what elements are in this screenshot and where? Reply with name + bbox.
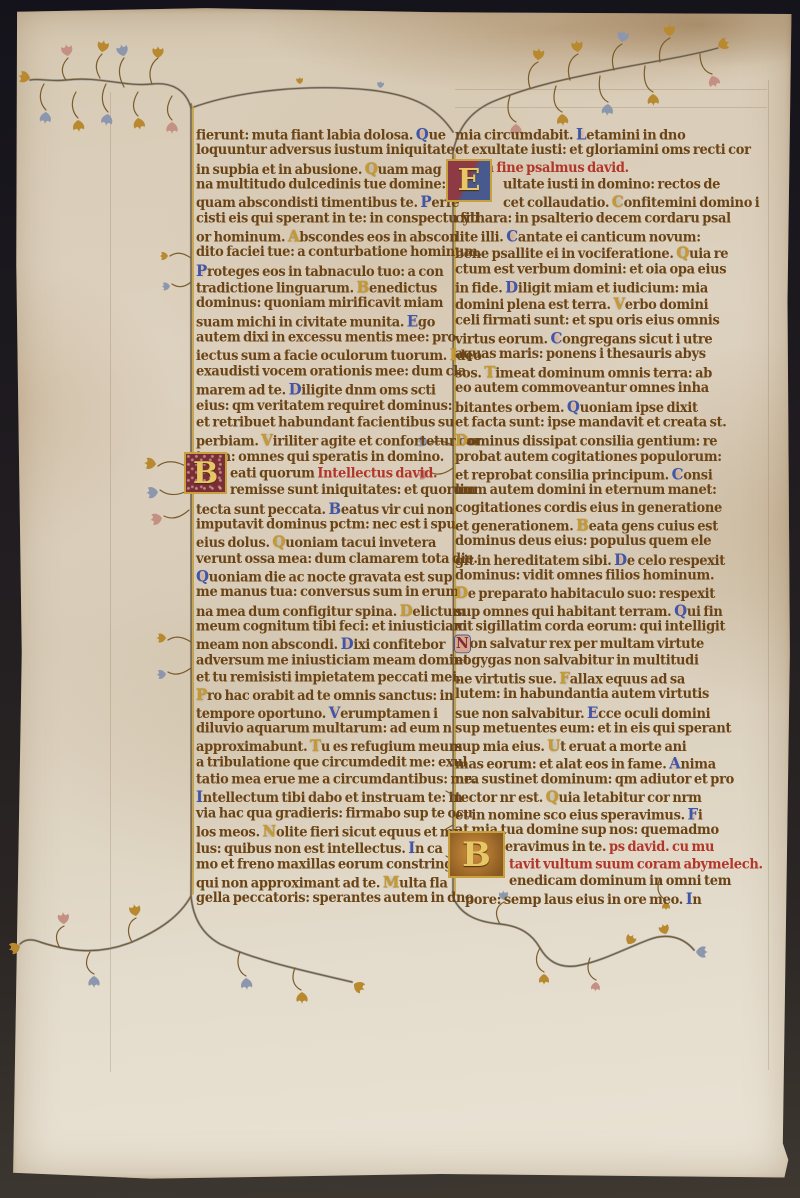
text-line: gella peccatoris: sperantes autem in dno [196,891,436,908]
body-text: olite fieri sicut equus et mu [276,825,463,841]
body-text: perbiam. [196,434,261,450]
body-text: nra sustinet dominum: qm adiutor et pro [455,772,734,788]
text-line: sup mia eius. Ut eruat a morte ani [455,738,695,755]
body-text: adversum me iniusticiam meam domino: [196,653,476,669]
text-line: pore: semp laus eius in ore meo. In [455,891,695,908]
body-text: exaudisti vocem orationis mee: dum cla [196,364,466,380]
text-line: lutem: in habundantia autem virtutis [455,687,695,704]
ruling-line-top-1 [455,89,767,90]
text-line: et generationem. Beata gens cuius est [455,517,695,534]
body-text: probat autem cogitationes populorum: [455,449,722,465]
text-line: eius dolus. Quoniam tacui invetera [196,534,436,551]
illuminated-initial-exultate: E [446,159,492,202]
text-line: bene psallite ei in vociferatione. Quia … [455,245,695,262]
body-text: ongregans sicut i utre [562,332,712,348]
text-line: iectus sum a facie oculorum tuorum. Ideo [196,347,436,364]
body-text: uoniam tacui invetera [285,536,436,552]
text-line: qui non approximant ad te. Multa fla [196,874,436,891]
text-line: fierunt: muta fiant labia dolosa. Que [196,126,436,143]
text-column-left: fierunt: muta fiant labia dolosa. Queloq… [196,126,436,908]
body-text: dominus deus eius: populus quem ele [455,534,711,550]
text-line: na multitudo dulcedinis tue domine: [196,177,436,194]
body-text: etamini in dno [586,128,685,144]
text-line: sue non salvabitur. Ecce oculi domini [455,704,695,721]
photo-background: fierunt: muta fiant labia dolosa. Queloq… [0,0,800,1198]
initial-blue: Q [567,397,580,416]
text-line: lus: quibus non est intellectus. In ca [196,840,436,857]
body-text: marem ad te. [196,383,289,399]
body-text: mia circumdabit. [455,128,576,144]
text-line: adversum me iniusticiam meam domino: [196,653,436,670]
initial-gold: C [612,193,624,212]
illuminated-initial-benedicam: B [448,831,505,878]
body-text: tatio mea erue me a circumdantibus: me. [196,772,476,788]
body-text: cogitationes cordis eius in generatione [455,500,722,516]
text-line: bitantes orbem. Quoniam ipse dixit [455,398,695,415]
body-text: ulta fla [399,876,447,892]
initial-gold: V [613,295,624,314]
text-line: lite illi. Cantate ei canticum novum: [455,228,695,245]
body-text: ue [429,128,446,144]
body-text: suam michi in civitate munita. [196,315,407,331]
text-line: cisti eis qui sperant in te: in conspect… [196,211,436,228]
text-line: Intellectum tibi dabo et instruam te: in [196,789,436,806]
body-text: lium autem domini in eternum manet: [455,483,717,499]
text-line: los meos. Nolite fieri sicut equus et mu [196,823,436,840]
initial-blue: D [341,635,354,654]
initial-blue: V [329,703,340,722]
body-text: et gygas non salvabitur in multitudi [455,653,699,669]
body-text: verunt ossa mea: dum clamarem tota die. [196,551,478,567]
initial-blue: A [669,754,680,773]
text-line: suam michi in civitate munita. Ego [196,313,436,330]
body-text: uam mag [378,162,442,178]
body-text: na mea dum configitur spina. [196,604,400,620]
body-text: mas eorum: et alat eos in fame. [455,757,669,773]
body-text: et generationem. [455,519,576,535]
initial-letter: E [458,163,481,198]
text-line: mas eorum: et alat eos in fame. Anima [455,755,695,772]
body-text: cythara: in psalterio decem cordaru psal [455,211,731,227]
text-line: Pro hac orabit ad te omnis sanctus: in [196,687,436,704]
initial-blue: P [196,261,207,280]
initial-blue: D [505,278,518,297]
body-text: uoniam die ac nocte gravata est sup [209,570,453,586]
body-text: virtus eorum. [455,332,551,348]
body-text: dito faciei tue: a conturbatione hominum… [196,245,482,261]
body-text: na multitudo dulcedinis tue domine: [196,177,446,193]
initial-face: N [455,636,470,653]
text-line: Proteges eos in tabnaculo tuo: a con [196,262,436,279]
body-text: remisse sunt iniquitates: et quorum [230,483,476,499]
body-text: sup omnes qui habitant terram. [455,604,674,620]
initial-blue: C [672,465,684,484]
body-text: cet collaudatio. [503,196,612,212]
body-text: onsi [683,468,712,484]
body-text: et facta sunt: ipse mandavit et creata s… [455,415,727,431]
initial-blue: C [551,329,563,348]
body-text: cisti eis qui sperant in te: in conspect… [196,211,479,227]
text-line: na mea dum configitur spina. Delictum [196,602,436,619]
text-line: exaudisti vocem orationis mee: dum cla [196,364,436,381]
body-text: approximabunt. [196,740,310,756]
text-line: eo autem commoveantur omnes inha [455,381,695,398]
body-text: sos. [455,366,484,382]
body-text: via hac qua gradieris: firmabo sup te oc… [196,806,473,822]
text-line: tradictione linguarum. Benedictus [196,279,436,296]
text-line: in supbia et in abusione. Quam mag [196,160,436,177]
text-line: ne virtutis sue. Fallax equus ad sa [455,670,695,687]
initial-gold: D [455,431,468,450]
body-text: celi firmati sunt: et spu oris eius omni… [455,313,720,329]
initial-gold: Q [676,244,689,263]
text-line: dominus deus eius: populus quem ele [455,534,695,551]
body-text: eati quorum [230,466,317,482]
text-line: dominus: quoniam mirificavit miam [196,296,436,313]
text-line: tector nr est. Quia letabitur cor nrm [455,789,695,806]
initial-gold: N [263,822,276,841]
initial-gold: D [400,601,413,620]
body-text: enedictus [369,281,437,297]
initial-blue: Q [416,125,429,144]
initial-letter: B [462,835,491,875]
text-line: meum cognitum tibi feci: et iniusticiam [196,619,436,636]
body-text: gella peccatoris: sperantes autem in dno [196,891,474,907]
text-line: git in hereditatem sibi. De celo respexi… [455,551,695,568]
body-text: eatus vir cui non [341,502,454,518]
text-line: eius: qm veritatem requiret dominus: [196,398,436,415]
text-line: Dominus dissipat consilia gentium: re [455,432,695,449]
body-text: tempore oportuno. [196,706,329,722]
body-text: fierunt: muta fiant labia dolosa. [196,128,416,144]
body-text: quam abscondisti timentibus te. [196,196,420,212]
initial-blue: I [408,839,415,858]
body-text: et exultate iusti: et gloriamini oms rec… [455,143,751,159]
body-text: bscondes eos in abscon [299,230,458,246]
initial-gold: D [455,584,468,603]
initial-gold: P [196,686,207,705]
text-line: ctum est verbum domini: et oia opa eius [455,262,695,279]
body-text: lus: quibus non est intellectus. [196,842,408,858]
text-line: remisse sunt iniquitates: et quorum [196,483,436,500]
body-text: a tribulatione que circumdedit me: exul [196,755,467,771]
body-text: ultate iusti in domino: rectos de [503,177,720,193]
rubric-text: tavit vultum suum coram abymelech. [509,857,763,873]
text-line: loquuntur adversus iustum iniquitate [196,143,436,160]
text-line: meam non abscondi. Dixi confitebor [196,636,436,653]
initial-blue: D [614,550,627,569]
body-text: tecta sunt peccata. [196,502,329,518]
text-line: sup omnes qui habitant terram. Qui fin [455,602,695,619]
body-text: tector nr est. [455,791,546,807]
text-line: in fide. Diligit miam et iudicium: mia [455,279,695,296]
text-line: et exultate iusti: et gloriamini oms rec… [455,143,695,160]
body-text: imeat dominum omnis terra: ab [495,366,712,382]
text-line: quam abscondisti timentibus te. Perfe [196,194,436,211]
rubric-text: In fine psalmus david. [479,160,629,176]
initial-gold: A [288,227,299,246]
initial-gold: T [310,737,321,756]
initial-gold: B [357,278,369,297]
text-line: lium autem domini in eternum manet: [455,483,695,500]
text-line: eati quorum Intellectus david. [196,466,436,483]
text-line: marem ad te. Diligite dnm oms scti [196,381,436,398]
body-text: ominus dissipat consilia gentium: re [468,434,718,450]
body-text: e preparato habitaculo suo: respexit [468,587,715,603]
body-text: cce oculi domini [598,706,710,722]
initial-blue: L [576,125,586,144]
body-text: dominus: quoniam mirificavit miam [196,296,443,312]
body-text: uoniam ipse dixit [580,400,698,416]
text-line: me manus tua: conversus sum in erum [196,585,436,602]
text-line: nra sustinet dominum: qm adiutor et pro [455,772,695,789]
ruling-line-top-2 [455,107,767,108]
text-line: perbiam. Viriliter agite et confortetur … [196,432,436,449]
body-text: dominus: vidit omnes filios hominum. [455,568,714,584]
initial-blue: E [587,703,598,722]
text-line: diluvio aquarum multarum: ad eum n [196,721,436,738]
text-line: sup metuentes eum: et in eis qui sperant [455,721,695,738]
body-text: sup metuentes eum: et in eis qui sperant [455,721,731,737]
body-text: erumptamen i [340,706,438,722]
body-text: trum: omnes qui speratis in domino. [196,449,444,465]
initial-gold: V [261,431,272,450]
body-text: lutem: in habundantia autem virtutis [455,687,709,703]
text-line: or hominum. Abscondes eos in abscon [196,228,436,245]
text-line: et tu remisisti impietatem peccati mei. [196,670,436,687]
ruling-line-right-margin [768,80,769,1070]
text-line: et reprobat consilia principum. Consi [455,466,695,483]
initial-blue: P [420,193,431,212]
text-line: mo et freno maxillas eorum constringe: [196,857,436,874]
body-text: aquas maris: ponens i thesauris abys [455,347,706,363]
body-text: iriliter agite et confortetur cor [273,434,481,450]
body-text: ctum est verbum domini: et oia opa eius [455,262,726,278]
text-line: probat autem cogitationes populorum: [455,449,695,466]
initial-gold: B [576,516,588,535]
body-text: eata gens cuius est [589,519,718,535]
body-text: allax equus ad sa [570,672,685,688]
text-line: dito faciei tue: a conturbatione hominum… [196,245,436,262]
text-line: De preparato habitaculo suo: respexit [455,585,695,602]
text-line: approximabunt. Tu es refugium meum [196,738,436,755]
body-text: erbo domini [625,298,708,314]
text-line: virtus eorum. Congregans sicut i utre [455,330,695,347]
initial-letter: B [193,456,218,491]
body-text: enedicam dominum in omni tem [509,874,731,890]
body-text: ne virtutis sue. [455,672,559,688]
body-text: bene psallite ei in vociferatione. [455,247,676,263]
text-line: xit sigillatim corda eorum: qui intellig… [455,619,695,636]
text-line: Non salvatur rex per multam virtute [455,636,695,653]
body-text: autem dixi in excessu mentis mee: pro [196,330,456,346]
text-line: via hac qua gradieris: firmabo sup te oc… [196,806,436,823]
body-text: onfitemini domino i [624,196,760,212]
text-line: mia circumdabit. Letamini in dno [455,126,695,143]
text-line: trum: omnes qui speratis in domino. [196,449,436,466]
initial-gold: Q [365,159,378,178]
rubric-text: Intellectus david. [317,466,437,482]
body-text: et tu remisisti impietatem peccati mei. [196,670,461,686]
body-text: diluvio aquarum multarum: ad eum n [196,721,452,737]
text-line: tecta sunt peccata. Beatus vir cui non [196,500,436,517]
initial-blue: I [196,788,203,807]
body-text: in fide. [455,281,505,297]
body-text: on salvatur rex per multam virtute [470,637,705,653]
body-text: mo et freno maxillas eorum constringe: [196,857,466,873]
body-text: iectus sum a facie oculorum tuorum. [196,349,450,365]
body-text: e celo respexit [627,553,725,569]
text-line: dominus: vidit omnes filios hominum. [455,568,695,585]
initial-blue: Q [196,567,209,586]
body-text: qui non approximant ad te. [196,876,383,892]
body-text: me manus tua: conversus sum in erum [196,585,459,601]
body-text: et reprobat consilia principum. [455,468,672,484]
body-text: meam non abscondi. [196,638,341,654]
initial-gold: M [383,873,399,892]
text-line: celi firmati sunt: et spu oris eius omni… [455,313,695,330]
body-text: eius dolus. [196,536,272,552]
body-text: ntellectum tibi dabo et instruam te: in [203,791,463,807]
initial-blue: Q [674,601,687,620]
body-text: n ca [415,842,443,858]
initial-blue: D [289,380,302,399]
initial-gold: U [547,737,560,756]
initial-blue: B [329,499,341,518]
initial-blue: E [407,312,418,331]
body-text: ui fin [687,604,723,620]
text-line: cogitationes cordis eius in generatione [455,500,695,517]
body-text: los meos. [196,825,263,841]
body-text: sue non salvabitur. [455,706,587,722]
body-text: eo autem commoveantur omnes inha [455,381,709,397]
text-line: tempore oportuno. Verumptamen i [196,704,436,721]
text-line: tatio mea erue me a circumdantibus: me. [196,772,436,789]
text-line: et in nomine sco eius speravimus. Fi [455,806,695,823]
body-text: et in nomine sco eius speravimus. [455,808,688,824]
body-text: u es refugium meum [321,740,462,756]
illuminated-initial-beati: B [184,452,227,494]
body-text: nima [681,757,716,773]
text-line: et gygas non salvabitur in multitudi [455,653,695,670]
body-text: in supbia et in abusione. [196,162,365,178]
body-text: xit sigillatim corda eorum: qui intellig… [455,619,725,635]
initial-gold: F [559,669,569,688]
initial-blue: C [506,227,518,246]
body-text: tradictione linguarum. [196,281,357,297]
body-text: pore: semp laus eius in ore meo. [465,893,686,909]
body-text: loquuntur adversus iustum iniquitate [196,143,454,159]
body-text: sup mia eius. [455,740,547,756]
text-line: imputavit dominus pctm: nec est i spu [196,517,436,534]
body-text: bitantes orbem. [455,400,567,416]
initial-gold: Q [546,788,559,807]
text-line: sos. Timeat dominum omnis terra: ab [455,364,695,381]
body-text: go [418,315,435,331]
body-text: git in hereditatem sibi. [455,553,614,569]
body-text: meum cognitum tibi feci: et iniusticiam [196,619,467,635]
body-text: et retribuet habundant facientibus su [196,415,454,431]
body-text: domini plena est terra. [455,298,613,314]
body-text: imputavit dominus pctm: nec est i spu [196,517,456,533]
text-line: et facta sunt: ipse mandavit et creata s… [455,415,695,432]
text-column-right: mia circumdabit. Letamini in dnoet exult… [455,126,695,908]
body-text: n [692,893,701,909]
body-text: iligite dnm oms scti [301,383,435,399]
initial-blue: F [688,805,698,824]
body-text: uia letabitur cor nrm [559,791,702,807]
body-text: antate ei canticum novum: [518,230,701,246]
text-line: Quoniam die ac nocte gravata est sup [196,568,436,585]
ruling-line-left-margin [110,92,111,1072]
rubric-text: ps david. cu mu [609,840,714,856]
text-line: a tribulatione que circumdedit me: exul [196,755,436,772]
initial-gold: T [484,363,495,382]
body-text: i [698,808,703,824]
body-text: or hominum. [196,230,288,246]
text-line: domini plena est terra. Verbo domini [455,296,695,313]
body-text: eius: qm veritatem requiret dominus: [196,398,452,414]
text-line: verunt ossa mea: dum clamarem tota die. [196,551,436,568]
body-text: t eruat a morte ani [560,740,686,756]
text-line: et retribuet habundant facientibus su [196,415,436,432]
body-text: uia re [689,247,728,263]
body-text: ixi confitebor [353,638,445,654]
body-text: roteges eos in tabnaculo tuo: a con [207,264,444,280]
text-line: autem dixi in excessu mentis mee: pro [196,330,436,347]
body-text: lite illi. [455,230,506,246]
text-line: cythara: in psalterio decem cordaru psal [455,211,695,228]
text-line: aquas maris: ponens i thesauris abys [455,347,695,364]
initial-gold: Q [272,533,285,552]
